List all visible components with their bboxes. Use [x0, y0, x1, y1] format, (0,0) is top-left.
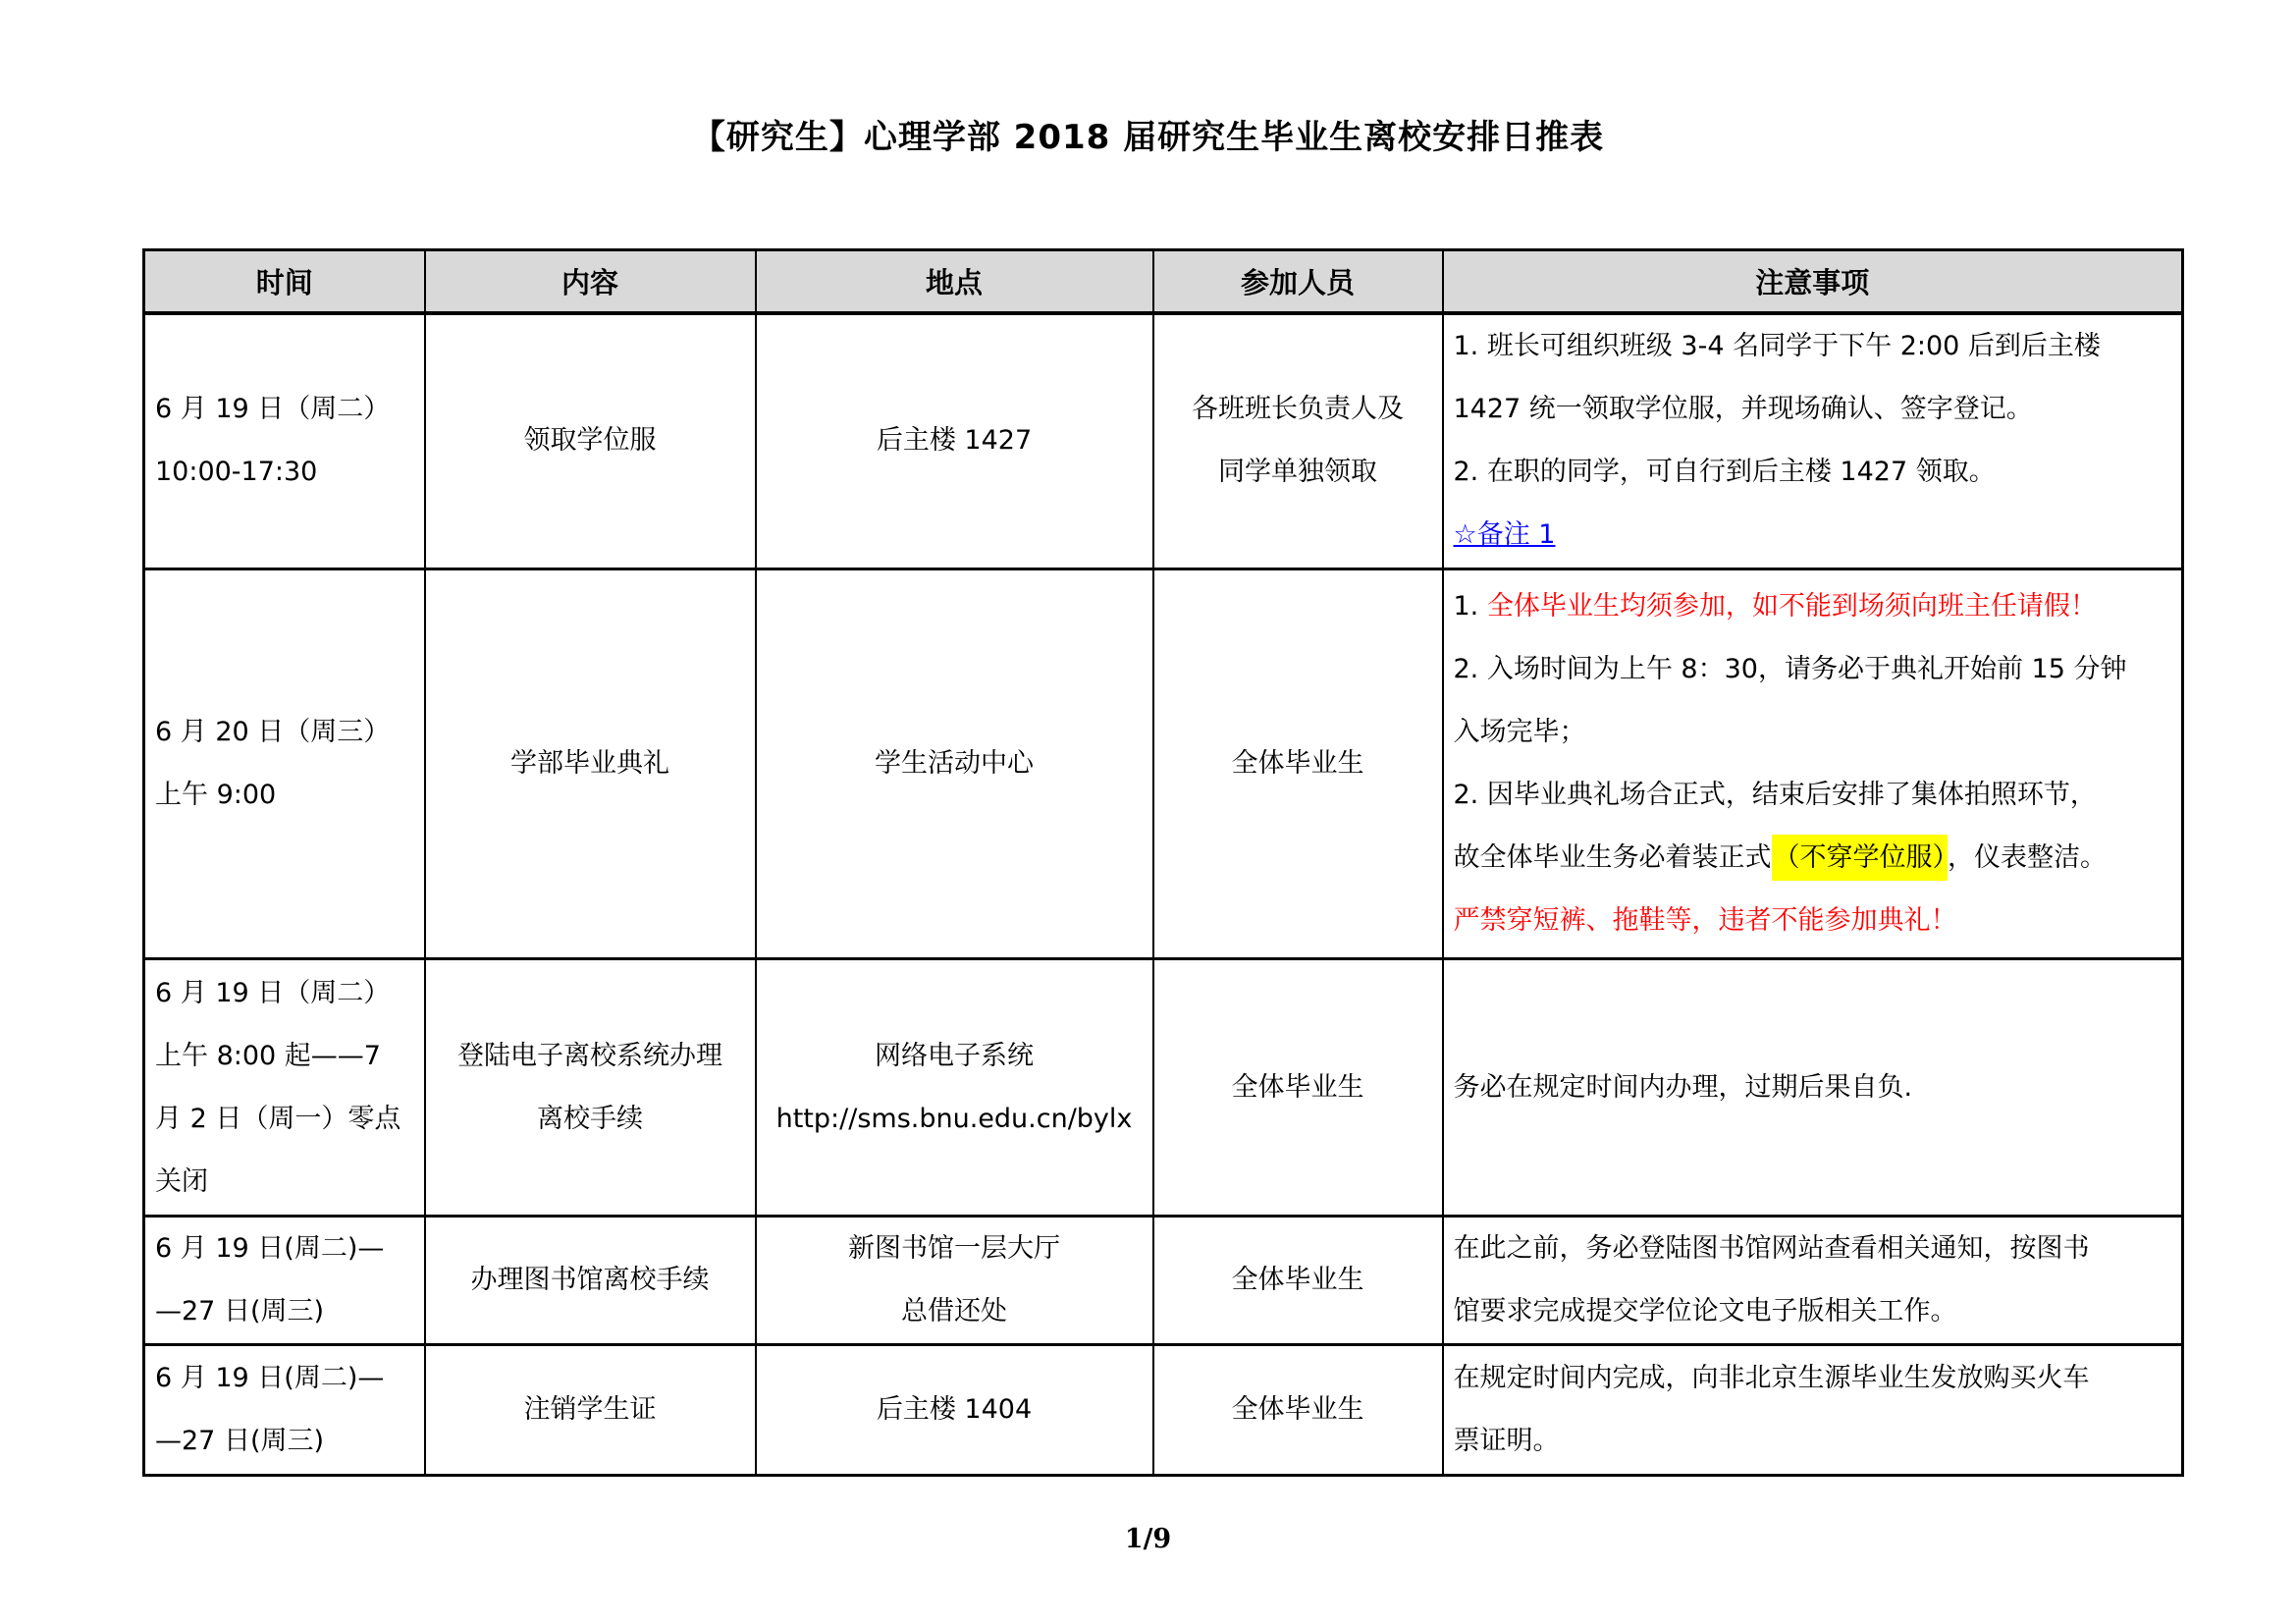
- text-line: 在规定时间内完成，向非北京生源毕业生发放购买火车: [1454, 1347, 2172, 1410]
- text-segment: 学生活动中心: [875, 748, 1034, 779]
- text-line: 全体毕业生: [1164, 1249, 1432, 1312]
- text-line: 务必在规定时间内办理，过期后果自负.: [1454, 1056, 2172, 1119]
- text-segment: 故全体毕业生务必着装正式: [1454, 842, 1772, 873]
- text-segment: 全体毕业生: [1232, 1394, 1364, 1425]
- text-segment: 6 月 19 日(周二)—: [155, 1233, 384, 1264]
- note-link[interactable]: ☆备注 1: [1454, 519, 1556, 550]
- cell-time: 6 月 19 日(周二)——27 日(周三): [144, 1345, 425, 1476]
- cell-content: 领取学位服: [425, 313, 756, 569]
- text-line: 1427 统一领取学位服，并现场确认、签字登记。: [1454, 378, 2172, 441]
- text-line: 离校手续: [436, 1088, 745, 1151]
- text-line: 6 月 19 日（周二）: [155, 962, 414, 1025]
- text-segment: 新图书馆一层大厅: [848, 1233, 1060, 1264]
- text-line: 全体毕业生: [1164, 732, 1432, 795]
- text-segment: 离校手续: [537, 1104, 643, 1134]
- text-segment: 在规定时间内完成，向非北京生源毕业生发放购买火车: [1454, 1363, 2090, 1393]
- text-segment: 6 月 19 日（周二）: [155, 978, 390, 1008]
- text-segment: 登陆电子离校系统办理: [457, 1041, 722, 1071]
- text-line: 关闭: [155, 1151, 414, 1214]
- text-line: 月 2 日（周一）零点: [155, 1088, 414, 1151]
- cell-participants: 全体毕业生: [1153, 959, 1443, 1217]
- text-line: 各班班长负责人及: [1164, 378, 1432, 441]
- text-line: 10:00-17:30: [155, 441, 414, 504]
- cell-time: 6 月 19 日（周二）上午 8:00 起——7月 2 日（周一）零点关闭: [144, 959, 425, 1217]
- cell-content: 登陆电子离校系统办理离校手续: [425, 959, 756, 1217]
- text-line: 票证明。: [1454, 1410, 2172, 1473]
- text-line: ☆备注 1: [1454, 504, 2172, 567]
- text-segment: —27 日(周三): [155, 1426, 324, 1456]
- text-line: 新图书馆一层大厅: [767, 1218, 1143, 1280]
- text-line: —27 日(周三): [155, 1410, 414, 1473]
- cell-time: 6 月 19 日(周二)——27 日(周三): [144, 1217, 425, 1345]
- cell-notes: 1. 全体毕业生均须参加，如不能到场须向班主任请假！2. 入场时间为上午 8：3…: [1443, 569, 2183, 959]
- text-segment: 10:00-17:30: [155, 457, 317, 487]
- schedule-table-body: 6 月 19 日（周二）10:00-17:30领取学位服后主楼 1427各班班长…: [144, 313, 2183, 1476]
- cell-time: 6 月 20 日（周三）上午 9:00: [144, 569, 425, 959]
- text-segment: 全体毕业生: [1232, 1265, 1364, 1295]
- text-line: 办理图书馆离校手续: [436, 1249, 745, 1312]
- cell-notes: 务必在规定时间内办理，过期后果自负.: [1443, 959, 2183, 1217]
- cell-location: 后主楼 1404: [756, 1345, 1153, 1476]
- text-segment: 上午 8:00 起——7: [155, 1041, 381, 1071]
- text-line: 注销学生证: [436, 1379, 745, 1441]
- header-participants: 参加人员: [1153, 250, 1443, 313]
- cell-location: 新图书馆一层大厅总借还处: [756, 1217, 1153, 1345]
- text-line: 6 月 20 日（周三）: [155, 701, 414, 764]
- table-row: 6 月 19 日(周二)——27 日(周三)注销学生证后主楼 1404全体毕业生…: [144, 1345, 2183, 1476]
- table-row: 6 月 20 日（周三）上午 9:00学部毕业典礼学生活动中心全体毕业生1. 全…: [144, 569, 2183, 959]
- text-segment: 6 月 20 日（周三）: [155, 717, 390, 747]
- text-segment: 后主楼 1427: [877, 425, 1032, 456]
- text-segment: 各班班长负责人及: [1192, 394, 1404, 424]
- text-segment: 入场完毕；: [1454, 717, 1586, 747]
- text-segment: 馆要求完成提交学位论文电子版相关工作。: [1454, 1296, 1957, 1326]
- schedule-table: 时间 内容 地点 参加人员 注意事项 6 月 19 日（周二）10:00-17:…: [142, 248, 2184, 1477]
- header-location: 地点: [756, 250, 1153, 313]
- text-line: 后主楼 1427: [767, 409, 1143, 472]
- text-line: 后主楼 1404: [767, 1379, 1143, 1441]
- text-segment: 上午 9:00: [155, 780, 276, 810]
- cell-content: 注销学生证: [425, 1345, 756, 1476]
- page-title: 【研究生】心理学部 2018 届研究生毕业生离校安排日推表: [0, 110, 2296, 158]
- text-line: 严禁穿短裤、拖鞋等，违者不能参加典礼！: [1454, 890, 2172, 952]
- text-segment: 同学单独领取: [1218, 457, 1377, 487]
- text-line: http://sms.bnu.edu.cn/bylx: [767, 1088, 1143, 1151]
- text-segment: 票证明。: [1454, 1426, 1560, 1456]
- table-row: 6 月 19 日（周二）10:00-17:30领取学位服后主楼 1427各班班长…: [144, 313, 2183, 569]
- text-segment: 领取学位服: [524, 425, 657, 456]
- header-time: 时间: [144, 250, 425, 313]
- text-segment: 1. 班长可组织班级 3-4 名同学于下午 2:00 后到后主楼: [1454, 331, 2101, 361]
- text-segment: 2. 因毕业典礼场合正式，结束后安排了集体拍照环节，: [1454, 780, 2097, 810]
- cell-participants: 全体毕业生: [1153, 569, 1443, 959]
- text-segment: 学部毕业典礼: [510, 748, 669, 779]
- text-line: —27 日(周三): [155, 1280, 414, 1343]
- cell-notes: 在此之前，务必登陆图书馆网站查看相关通知，按图书馆要求完成提交学位论文电子版相关…: [1443, 1217, 2183, 1345]
- text-line: 全体毕业生: [1164, 1379, 1432, 1441]
- text-line: 全体毕业生: [1164, 1056, 1432, 1119]
- text-line: 馆要求完成提交学位论文电子版相关工作。: [1454, 1280, 2172, 1343]
- text-segment: 严禁穿短裤、拖鞋等，违者不能参加典礼！: [1454, 905, 1957, 936]
- text-line: 在此之前，务必登陆图书馆网站查看相关通知，按图书: [1454, 1218, 2172, 1280]
- text-line: 6 月 19 日(周二)—: [155, 1218, 414, 1280]
- text-line: 入场完毕；: [1454, 701, 2172, 764]
- page-number: 1/9: [0, 1524, 2296, 1554]
- text-segment: 全体毕业生: [1232, 748, 1364, 779]
- text-segment: 2. 在职的同学，可自行到后主楼 1427 领取。: [1454, 457, 1996, 487]
- text-segment: 全体毕业生: [1232, 1072, 1364, 1103]
- text-segment: 6 月 19 日(周二)—: [155, 1363, 384, 1393]
- cell-content: 办理图书馆离校手续: [425, 1217, 756, 1345]
- text-segment: 总借还处: [901, 1296, 1007, 1326]
- cell-location: 后主楼 1427: [756, 313, 1153, 569]
- text-line: 1. 班长可组织班级 3-4 名同学于下午 2:00 后到后主楼: [1454, 315, 2172, 378]
- text-line: 上午 9:00: [155, 764, 414, 827]
- text-line: 1. 全体毕业生均须参加，如不能到场须向班主任请假！: [1454, 575, 2172, 638]
- text-line: 总借还处: [767, 1280, 1143, 1343]
- text-segment: 网络电子系统: [875, 1041, 1034, 1071]
- text-segment: 1427 统一领取学位服，并现场确认、签字登记。: [1454, 394, 2033, 424]
- cell-time: 6 月 19 日（周二）10:00-17:30: [144, 313, 425, 569]
- text-line: 网络电子系统: [767, 1025, 1143, 1088]
- text-line: 学生活动中心: [767, 732, 1143, 795]
- text-line: 学部毕业典礼: [436, 732, 745, 795]
- text-line: 2. 入场时间为上午 8：30，请务必于典礼开始前 15 分钟: [1454, 638, 2172, 701]
- header-row: 时间 内容 地点 参加人员 注意事项: [144, 250, 2183, 313]
- text-segment: 关闭: [155, 1166, 208, 1197]
- text-segment: —27 日(周三): [155, 1296, 324, 1326]
- text-segment: 月 2 日（周一）零点: [155, 1104, 400, 1134]
- cell-notes: 在规定时间内完成，向非北京生源毕业生发放购买火车票证明。: [1443, 1345, 2183, 1476]
- text-line: 2. 因毕业典礼场合正式，结束后安排了集体拍照环节，: [1454, 764, 2172, 827]
- text-segment: 注销学生证: [524, 1394, 657, 1425]
- table-row: 6 月 19 日(周二)——27 日(周三)办理图书馆离校手续新图书馆一层大厅总…: [144, 1217, 2183, 1345]
- cell-participants: 全体毕业生: [1153, 1217, 1443, 1345]
- text-segment: 1.: [1454, 591, 1487, 622]
- text-segment: 6 月 19 日（周二）: [155, 394, 390, 424]
- text-segment: 后主楼 1404: [877, 1394, 1032, 1425]
- text-segment: 全体毕业生均须参加，如不能到场须向班主任请假！: [1487, 591, 2097, 622]
- text-segment: 务必在规定时间内办理，过期后果自负.: [1454, 1072, 1913, 1103]
- table-row: 6 月 19 日（周二）上午 8:00 起——7月 2 日（周一）零点关闭登陆电…: [144, 959, 2183, 1217]
- text-segment: http://sms.bnu.edu.cn/bylx: [776, 1104, 1133, 1134]
- text-line: 领取学位服: [436, 409, 745, 472]
- cell-participants: 全体毕业生: [1153, 1345, 1443, 1476]
- header-notes: 注意事项: [1443, 250, 2183, 313]
- cell-content: 学部毕业典礼: [425, 569, 756, 959]
- text-segment: （不穿学位服）: [1772, 835, 1949, 881]
- text-line: 故全体毕业生务必着装正式（不穿学位服），仪表整洁。: [1454, 827, 2172, 890]
- text-line: 登陆电子离校系统办理: [436, 1025, 745, 1088]
- header-content: 内容: [425, 250, 756, 313]
- text-line: 6 月 19 日(周二)—: [155, 1347, 414, 1410]
- text-segment: 2. 入场时间为上午 8：30，请务必于典礼开始前 15 分钟: [1454, 654, 2127, 684]
- text-segment: 办理图书馆离校手续: [471, 1265, 710, 1295]
- cell-location: 学生活动中心: [756, 569, 1153, 959]
- text-line: 上午 8:00 起——7: [155, 1025, 414, 1088]
- text-line: 同学单独领取: [1164, 441, 1432, 504]
- text-line: 2. 在职的同学，可自行到后主楼 1427 领取。: [1454, 441, 2172, 504]
- cell-participants: 各班班长负责人及同学单独领取: [1153, 313, 1443, 569]
- cell-notes: 1. 班长可组织班级 3-4 名同学于下午 2:00 后到后主楼1427 统一领…: [1443, 313, 2183, 569]
- cell-location: 网络电子系统http://sms.bnu.edu.cn/bylx: [756, 959, 1153, 1217]
- text-line: 6 月 19 日（周二）: [155, 378, 414, 441]
- text-segment: 在此之前，务必登陆图书馆网站查看相关通知，按图书: [1454, 1233, 2090, 1264]
- text-segment: ，仪表整洁。: [1948, 842, 2107, 873]
